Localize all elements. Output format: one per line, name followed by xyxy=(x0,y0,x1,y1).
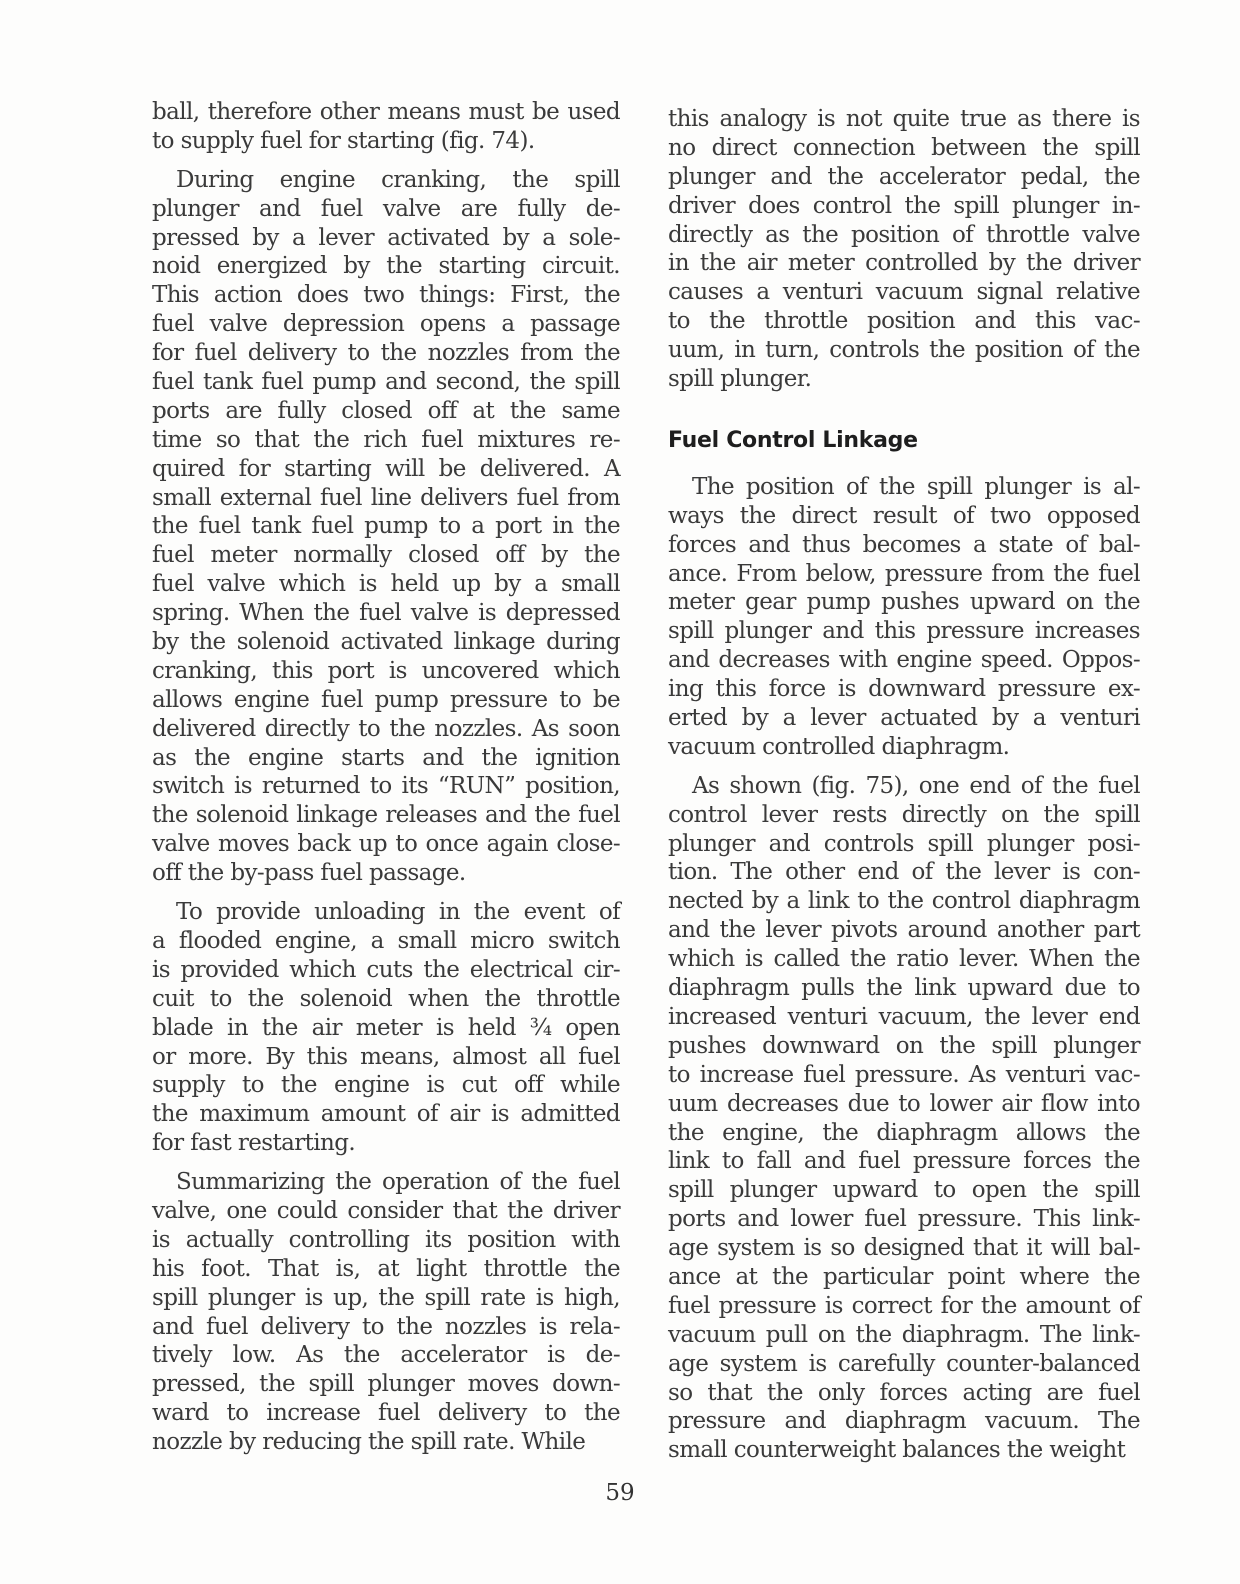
text-line: uum, in turn, controls the position of t… xyxy=(668,336,1140,365)
text-line: nozzle by reducing the spill rate. While xyxy=(152,1428,620,1457)
text-line: blade in the air meter is held ¾ open xyxy=(152,1014,620,1043)
text-line: noid energized by the starting circuit. xyxy=(152,252,620,281)
text-line: is actually controlling its position wit… xyxy=(152,1226,620,1255)
text-line: this analogy is not quite true as there … xyxy=(668,105,1140,134)
text-line: supply to the engine is cut off while xyxy=(152,1071,620,1100)
text-line: ance at the particular point where the xyxy=(668,1263,1140,1292)
text-line: so that the only forces acting are fuel xyxy=(668,1379,1140,1408)
paragraph: Summarizing the operation of the fuelval… xyxy=(152,1168,620,1457)
paragraph: As shown (fig. 75), one end of the fuelc… xyxy=(668,772,1140,1465)
text-line: to increase fuel pressure. As venturi va… xyxy=(668,1061,1140,1090)
text-line: increased venturi vacuum, the lever end xyxy=(668,1003,1140,1032)
text-line: vacuum pull on the diaphragm. The link- xyxy=(668,1321,1140,1350)
text-line: fuel valve depression opens a passage xyxy=(152,310,620,339)
text-line: the fuel tank fuel pump to a port in the xyxy=(152,512,620,541)
text-line: delivered directly to the nozzles. As so… xyxy=(152,715,620,744)
text-line: ing this force is downward pressure ex- xyxy=(668,675,1140,704)
text-line: The position of the spill plunger is al- xyxy=(668,473,1140,502)
text-line: This action does two things: First, the xyxy=(152,281,620,310)
text-line: ball, therefore other means must be used xyxy=(152,98,620,127)
text-line: vacuum controlled diaphragm. xyxy=(668,733,1140,762)
text-line: meter gear pump pushes upward on the xyxy=(668,588,1140,617)
text-line: fuel tank fuel pump and second, the spil… xyxy=(152,368,620,397)
text-line: by the solenoid activated linkage during xyxy=(152,628,620,657)
text-line: which is called the ratio lever. When th… xyxy=(668,945,1140,974)
text-line: ward to increase fuel delivery to the xyxy=(152,1399,620,1428)
text-line: nected by a link to the control diaphrag… xyxy=(668,887,1140,916)
left-column: ball, therefore other means must be used… xyxy=(152,98,620,1467)
text-line: uum decreases due to lower air flow into xyxy=(668,1090,1140,1119)
paragraph: this analogy is not quite true as there … xyxy=(668,105,1140,394)
text-line: spill plunger and this pressure increase… xyxy=(668,617,1140,646)
page-number: 59 xyxy=(0,1480,1240,1506)
text-line: erted by a lever actuated by a venturi xyxy=(668,704,1140,733)
text-line: switch is returned to its “RUN” position… xyxy=(152,772,620,801)
text-line: time so that the rich fuel mixtures re- xyxy=(152,426,620,455)
text-line: the solenoid linkage releases and the fu… xyxy=(152,801,620,830)
text-line: tively low. As the accelerator is de- xyxy=(152,1341,620,1370)
text-line: pressure and diaphragm vacuum. The xyxy=(668,1407,1140,1436)
text-line: to the throttle position and this vac- xyxy=(668,307,1140,336)
text-line: age system is carefully counter-balanced xyxy=(668,1350,1140,1379)
text-line: to supply fuel for starting (fig. 74). xyxy=(152,127,620,156)
text-line: spring. When the fuel valve is depressed xyxy=(152,599,620,628)
text-line: off the by-pass fuel passage. xyxy=(152,859,620,888)
text-line: causes a venturi vacuum signal relative xyxy=(668,278,1140,307)
text-line: age system is so designed that it will b… xyxy=(668,1234,1140,1263)
paragraph: The position of the spill plunger is al-… xyxy=(668,473,1140,762)
text-line: ance. From below, pressure from the fuel xyxy=(668,560,1140,589)
text-line: for fast restarting. xyxy=(152,1129,620,1158)
text-line: fuel meter normally closed off by the xyxy=(152,541,620,570)
text-line: driver does control the spill plunger in… xyxy=(668,192,1140,221)
text-line: ways the direct result of two opposed xyxy=(668,502,1140,531)
text-line: pushes downward on the spill plunger xyxy=(668,1032,1140,1061)
text-line: forces and thus becomes a state of bal- xyxy=(668,531,1140,560)
text-line: a flooded engine, a small micro switch xyxy=(152,927,620,956)
text-line: plunger and the accelerator pedal, the xyxy=(668,163,1140,192)
text-line: cuit to the solenoid when the throttle xyxy=(152,985,620,1014)
text-line: To provide unloading in the event of xyxy=(152,898,620,927)
text-line: During engine cranking, the spill xyxy=(152,166,620,195)
text-line: the maximum amount of air is admitted xyxy=(152,1100,620,1129)
text-line: the engine, the diaphragm allows the xyxy=(668,1119,1140,1148)
text-line: spill plunger is up, the spill rate is h… xyxy=(152,1284,620,1313)
text-line: pressed by a lever activated by a sole- xyxy=(152,224,620,253)
text-line: and the lever pivots around another part xyxy=(668,916,1140,945)
text-line: pressed, the spill plunger moves down- xyxy=(152,1370,620,1399)
text-line: and decreases with engine speed. Oppos- xyxy=(668,646,1140,675)
text-line: in the air meter controlled by the drive… xyxy=(668,249,1140,278)
text-line: is provided which cuts the electrical ci… xyxy=(152,956,620,985)
text-line: fuel valve which is held up by a small xyxy=(152,570,620,599)
text-line: no direct connection between the spill xyxy=(668,134,1140,163)
text-line: fuel pressure is correct for the amount … xyxy=(668,1292,1140,1321)
text-line: allows engine fuel pump pressure to be xyxy=(152,686,620,715)
text-line: As shown (fig. 75), one end of the fuel xyxy=(668,772,1140,801)
text-line: ports and lower fuel pressure. This link… xyxy=(668,1205,1140,1234)
text-line: valve moves back up to once again close- xyxy=(152,830,620,859)
text-line: as the engine starts and the ignition xyxy=(152,744,620,773)
text-line: link to fall and fuel pressure forces th… xyxy=(668,1147,1140,1176)
right-column: this analogy is not quite true as there … xyxy=(668,105,1140,1475)
text-line: for fuel delivery to the nozzles from th… xyxy=(152,339,620,368)
text-line: plunger and controls spill plunger posi- xyxy=(668,830,1140,859)
text-line: small external fuel line delivers fuel f… xyxy=(152,484,620,513)
paragraph: ball, therefore other means must be used… xyxy=(152,98,620,156)
text-line: his foot. That is, at light throttle the xyxy=(152,1255,620,1284)
text-line: cranking, this port is uncovered which xyxy=(152,657,620,686)
text-line: spill plunger. xyxy=(668,365,1140,394)
text-line: or more. By this means, almost all fuel xyxy=(152,1043,620,1072)
text-line: Summarizing the operation of the fuel xyxy=(152,1168,620,1197)
text-line: control lever rests directly on the spil… xyxy=(668,801,1140,830)
section-heading: Fuel Control Linkage xyxy=(668,428,1140,453)
text-line: spill plunger upward to open the spill xyxy=(668,1176,1140,1205)
text-line: valve, one could consider that the drive… xyxy=(152,1197,620,1226)
text-line: tion. The other end of the lever is con- xyxy=(668,858,1140,887)
text-line: ports are fully closed off at the same xyxy=(152,397,620,426)
text-line: plunger and fuel valve are fully de- xyxy=(152,195,620,224)
text-line: small counterweight balances the weight xyxy=(668,1436,1140,1465)
text-line: and fuel delivery to the nozzles is rela… xyxy=(152,1313,620,1342)
text-line: diaphragm pulls the link upward due to xyxy=(668,974,1140,1003)
paragraph: During engine cranking, the spillplunger… xyxy=(152,166,620,888)
text-line: quired for starting will be delivered. A xyxy=(152,455,620,484)
paragraph: To provide unloading in the event ofa fl… xyxy=(152,898,620,1158)
text-line: directly as the position of throttle val… xyxy=(668,221,1140,250)
document-page: ball, therefore other means must be used… xyxy=(0,0,1240,1584)
